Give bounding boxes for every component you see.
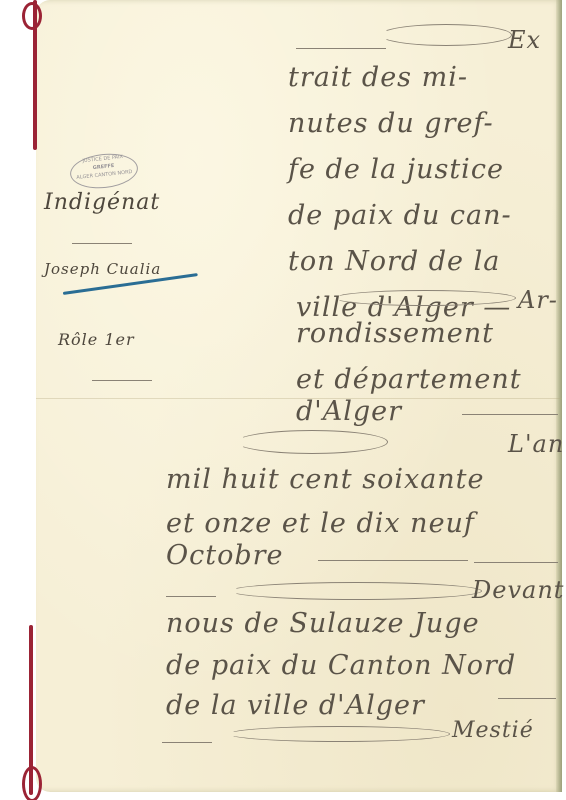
margin-note-role: Rôle 1er <box>58 330 135 349</box>
flourish-1 <box>380 24 512 46</box>
text-line-15: Devant <box>472 576 564 604</box>
rule-bottom-left <box>162 742 212 743</box>
rule-alger-2 <box>498 698 556 699</box>
flourish-5 <box>228 726 450 742</box>
binding-cord-knot-bottom <box>22 766 42 800</box>
text-line-13: et onze et le dix neuf <box>166 508 475 539</box>
margin-title: Indigénat <box>44 190 160 215</box>
flourish-2 <box>334 290 516 306</box>
text-line-18: de la ville d'Alger <box>166 690 425 721</box>
text-line-10: d'Alger <box>296 396 402 427</box>
margin-rule-2 <box>92 380 152 381</box>
rule-octobre-2 <box>474 562 558 563</box>
rule-top <box>296 48 386 49</box>
page-edge <box>556 0 562 792</box>
text-line-2: nutes du gref- <box>288 108 494 139</box>
rule-alger <box>462 414 558 415</box>
text-line-14: Octobre <box>166 540 284 571</box>
text-line-16: nous de Sulauze Juge <box>166 608 480 639</box>
flourish-3 <box>236 430 388 454</box>
text-line-0: Ex <box>508 26 541 54</box>
rule-devant-left <box>166 596 216 597</box>
text-line-11: L'an <box>508 430 564 458</box>
flourish-4 <box>230 582 482 600</box>
text-line-7: Ar- <box>518 286 558 314</box>
margin-name: Joseph Cualia <box>44 260 161 278</box>
text-line-5: ton Nord de la <box>288 246 500 277</box>
rule-octobre-1 <box>318 560 468 561</box>
text-line-4: de paix du can- <box>288 200 512 231</box>
text-line-8: rondissement <box>296 318 494 349</box>
text-line-17: de paix du Canton Nord <box>166 650 516 681</box>
text-line-1: trait des mi- <box>288 62 468 93</box>
margin-rule-1 <box>72 243 132 244</box>
text-line-3: fe de la justice <box>288 154 504 185</box>
binding-cord-knot-top <box>22 2 42 30</box>
text-line-9: et département <box>296 364 522 395</box>
text-line-19: Mestié <box>452 718 534 743</box>
text-line-12: mil huit cent soixante <box>166 464 485 495</box>
